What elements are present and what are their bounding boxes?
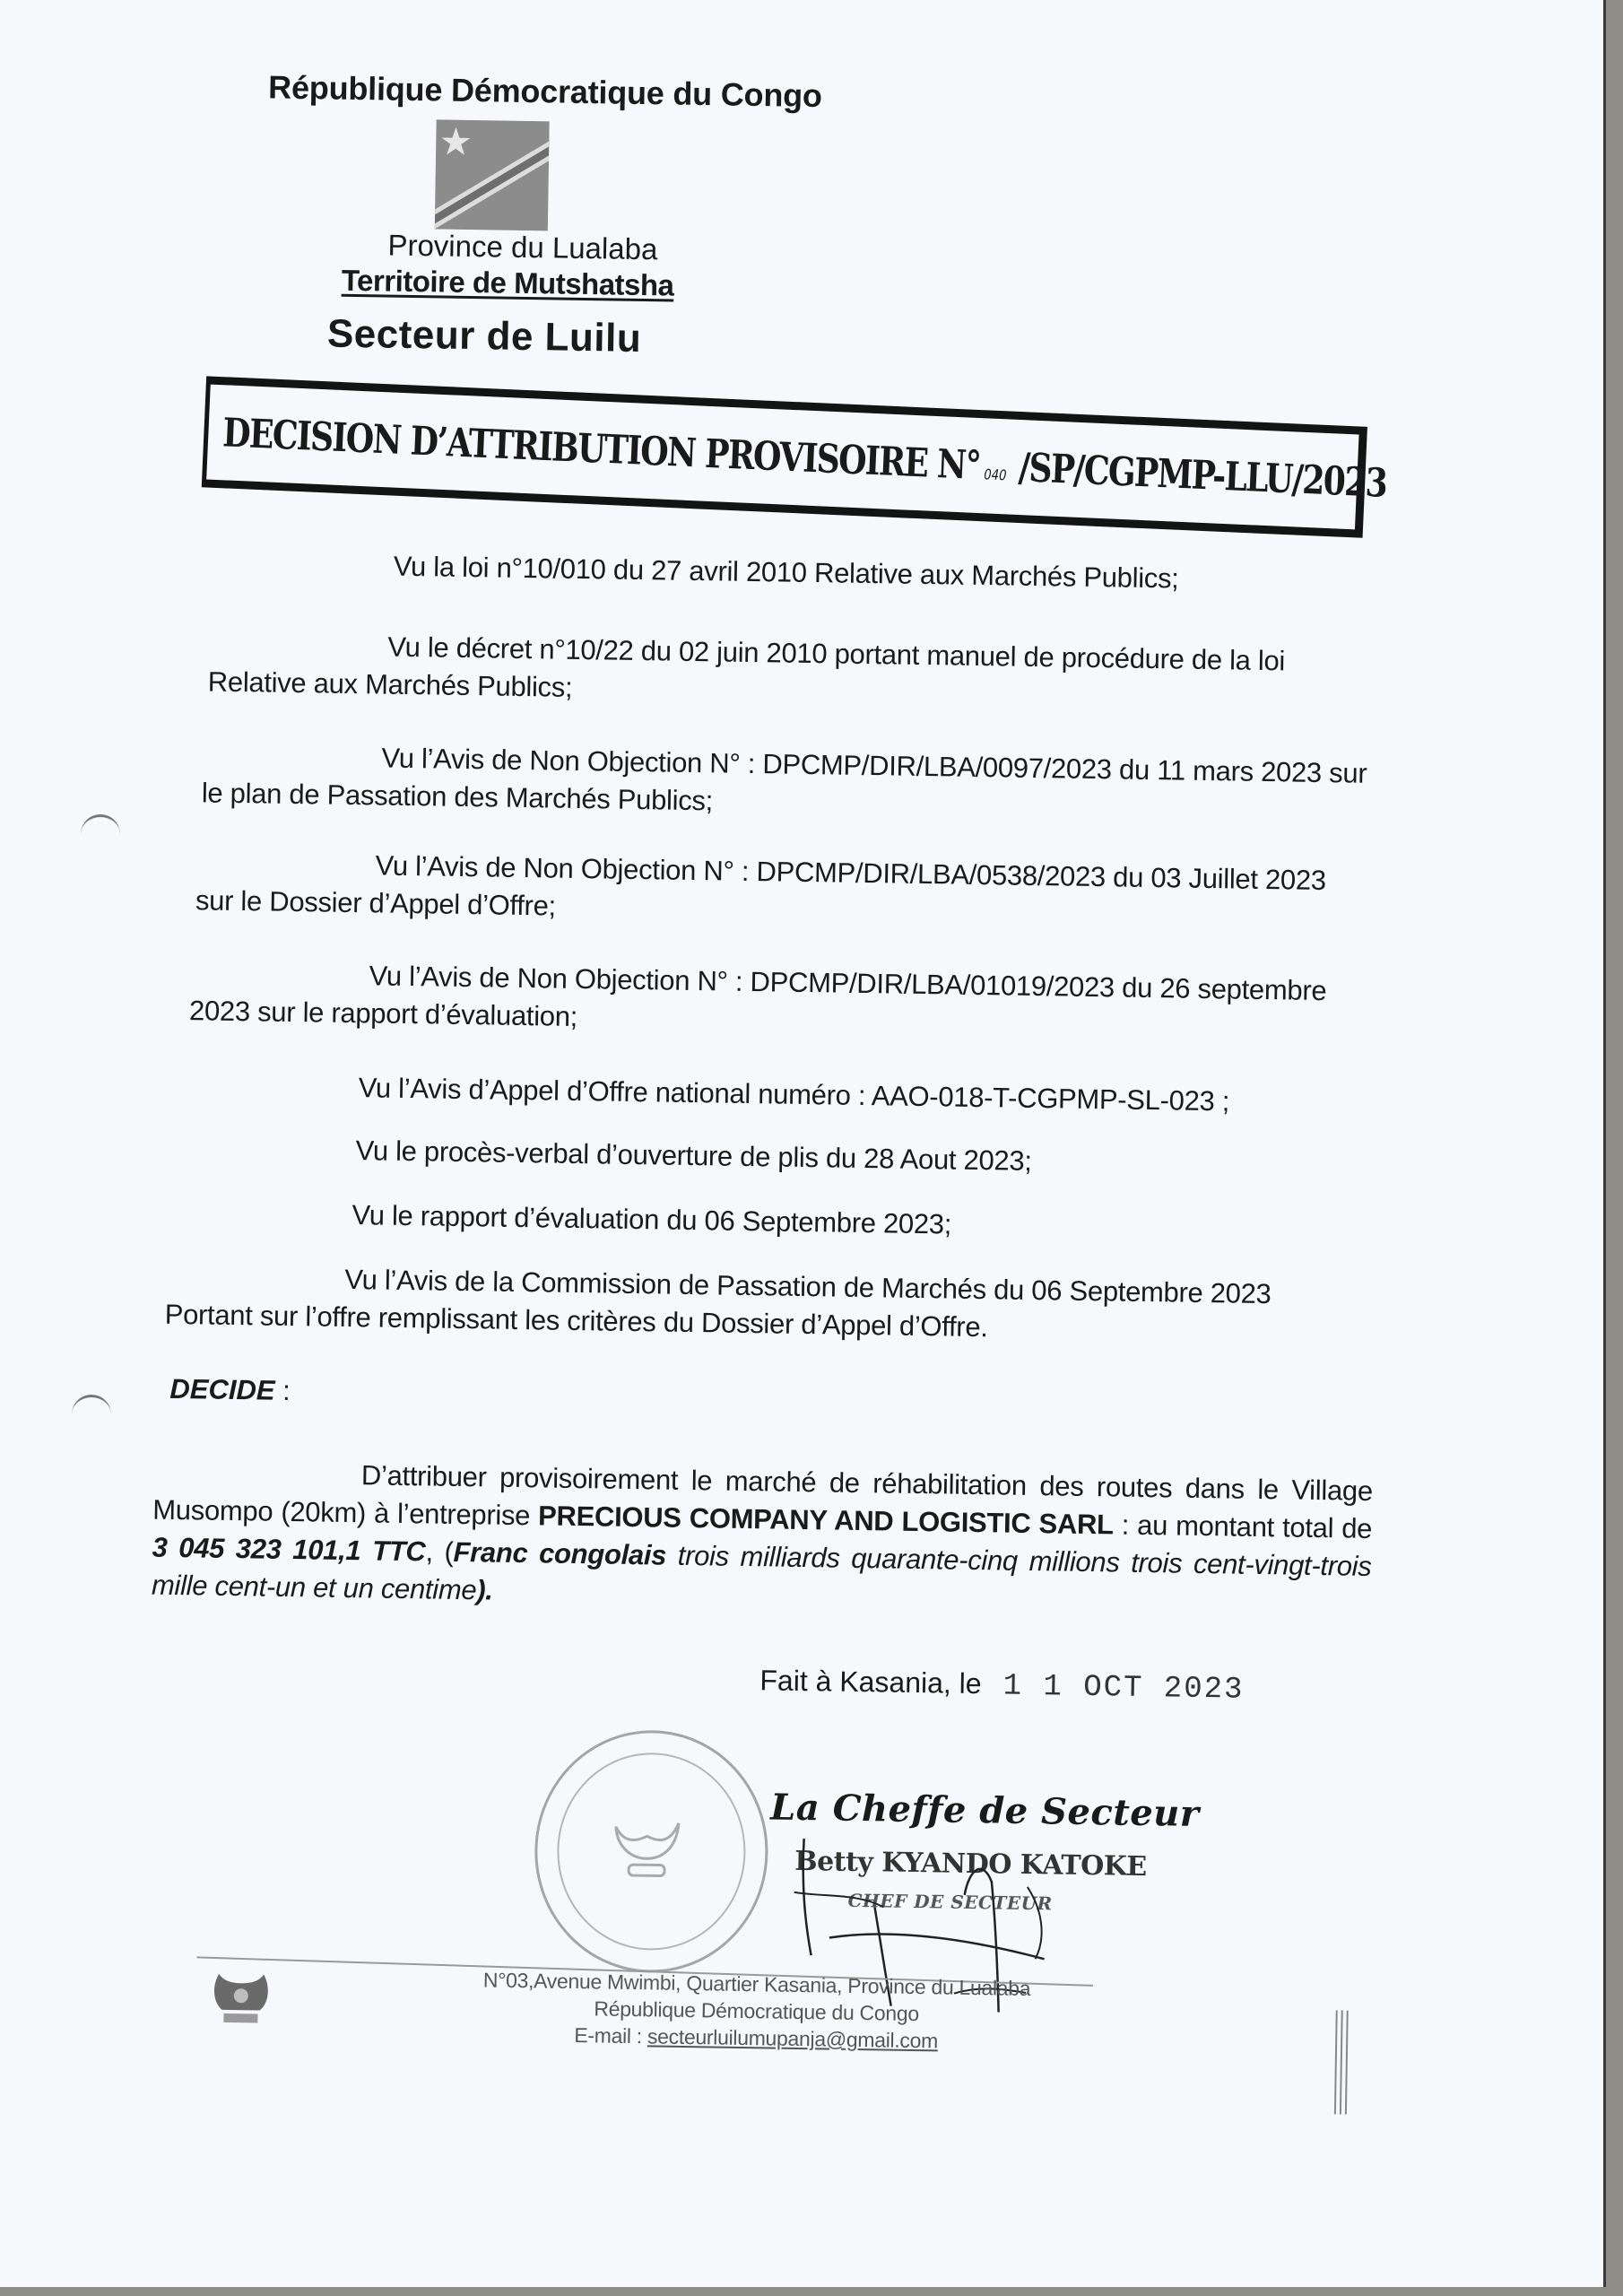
consideration-item: Vu l’Avis de Non Objection N° : DPCMP/DI…	[202, 736, 1440, 831]
header-republic: République Démocratique du Congo	[268, 68, 822, 115]
stamp-emblem-icon	[606, 1818, 688, 1882]
signatory-title: La Cheffe de Secteur	[770, 1786, 1200, 1835]
document-body: République Démocratique du Congo Provinc…	[0, 0, 1620, 2296]
decision-text: D’attribuer provisoirement le marché de …	[152, 1454, 1373, 1623]
margin-marks-icon	[1333, 2010, 1350, 2114]
stamped-date: 1 1 OCT 2023	[1002, 1670, 1244, 1708]
decision-title: DECISION D’ATTRIBUTION PROVISOIRE N°040/…	[221, 410, 1387, 507]
consideration-item: Vu le rapport d’évaluation du 06 Septemb…	[172, 1194, 951, 1244]
place-and-date: Fait à Kasania, le1 1 OCT 2023	[759, 1664, 1245, 1707]
drc-coat-of-arms-icon	[209, 1969, 273, 2029]
header-territoire: Territoire de Mutshatsha	[342, 264, 674, 303]
title-suffix: /SP/CGPMP-LLU/2023	[1018, 445, 1387, 507]
header-province: Province du Lualaba	[387, 229, 657, 267]
scanned-page: République Démocratique du Congo Provinc…	[0, 0, 1606, 2287]
decision-title-box: DECISION D’ATTRIBUTION PROVISOIRE N°040/…	[202, 376, 1367, 537]
decide-heading: DECIDE :	[169, 1373, 291, 1407]
consideration-item: Vu la loi n°10/010 du 27 avril 2010 Rela…	[214, 545, 1179, 598]
consideration-item: Vu l’Avis d’Appel d’Offre national numér…	[178, 1066, 1229, 1120]
currency-label: Franc congolais	[453, 1536, 666, 1571]
consideration-item: Vu le procès-verbal d’ouverture de plis …	[176, 1129, 1032, 1180]
contract-amount: 3 045 323 101,1 TTC	[152, 1532, 425, 1568]
place-label: Fait à Kasania, le	[759, 1664, 982, 1700]
awarded-company: PRECIOUS COMPANY AND LOGISTIC SARL	[538, 1500, 1114, 1540]
drc-flag-icon	[435, 119, 550, 230]
footer-address-block: N°03,Avenue Mwimbi, Quartier Kasania, Pr…	[406, 1965, 1107, 2057]
consideration-item: Vu l’Avis de Non Objection N° : DPCMP/DI…	[195, 844, 1434, 939]
handwritten-decision-number: 040	[984, 465, 1007, 483]
consideration-item: Vu l’Avis de la Commission de Passation …	[164, 1258, 1402, 1353]
consideration-item: Vu le décret n°10/22 du 02 juin 2010 por…	[207, 625, 1445, 720]
header-secteur: Secteur de Luilu	[327, 311, 642, 361]
consideration-item: Vu l’Avis de Non Objection N° : DPCMP/DI…	[189, 954, 1428, 1049]
title-prefix: DECISION D’ATTRIBUTION PROVISOIRE N°	[221, 410, 981, 489]
footer-email-link[interactable]: secteurluilumupanja@gmail.com	[647, 2024, 938, 2052]
